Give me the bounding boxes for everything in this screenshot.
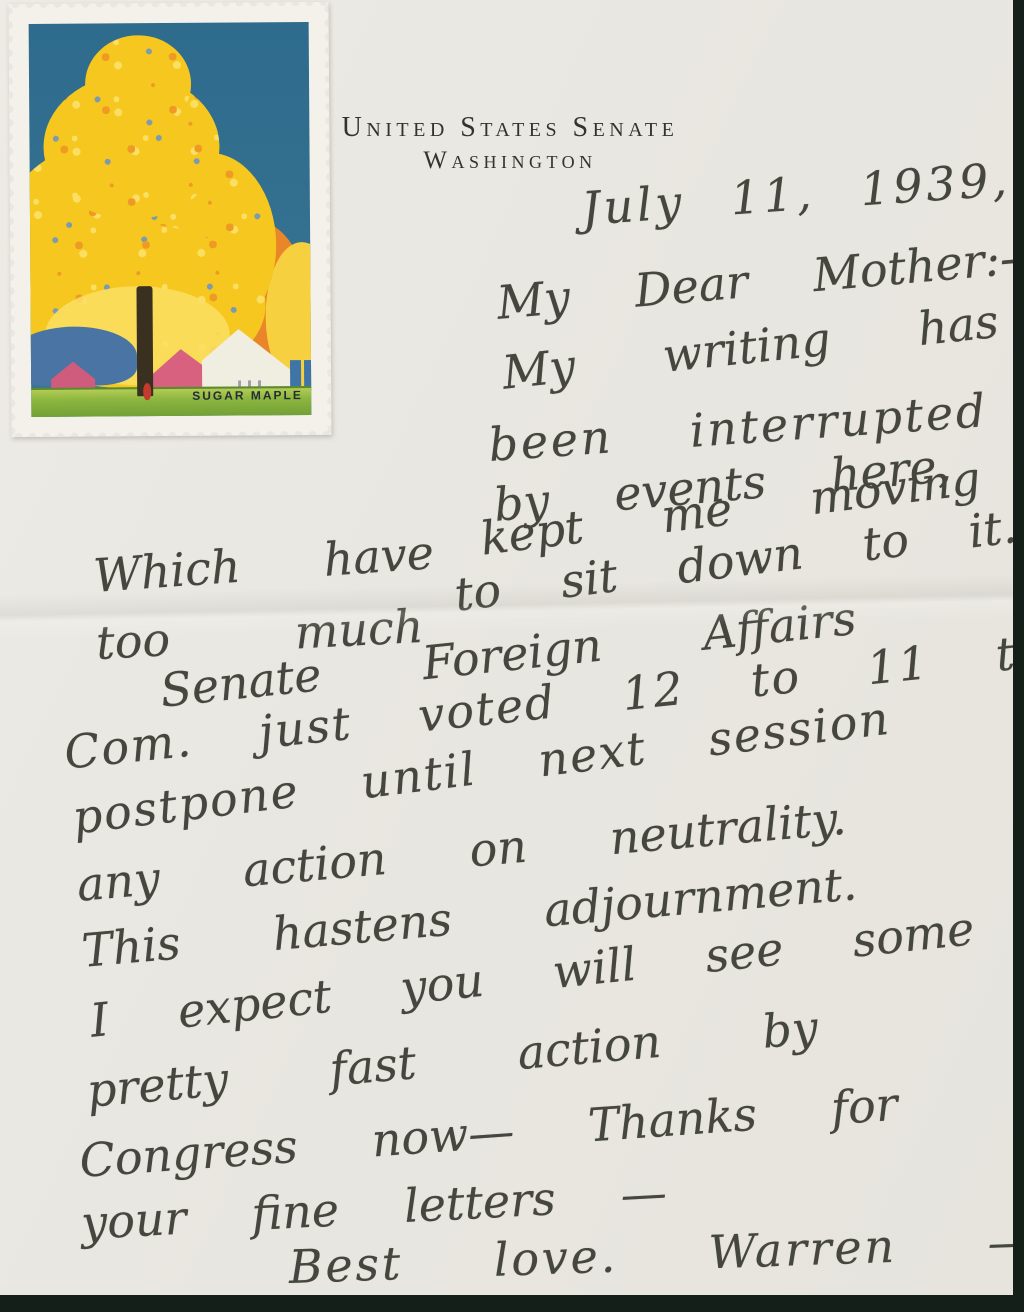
- sugar-maple-stamp: SUGAR MAPLE: [8, 2, 331, 437]
- scan-background-edge: [0, 1295, 1024, 1312]
- letterhead-city: Washington: [318, 147, 702, 175]
- letterhead: United States Senate Washington: [318, 112, 702, 175]
- stamp-illustration: SUGAR MAPLE: [29, 22, 312, 417]
- scan-background-edge: [1013, 0, 1024, 1312]
- handwritten-line: Which have: [92, 529, 435, 599]
- stamp-caption: SUGAR MAPLE: [192, 388, 303, 403]
- letterhead-organization: United States Senate: [318, 112, 702, 144]
- letter-page: SUGAR MAPLE United States Senate Washing…: [0, 0, 1013, 1295]
- tree-trunk: [137, 286, 153, 396]
